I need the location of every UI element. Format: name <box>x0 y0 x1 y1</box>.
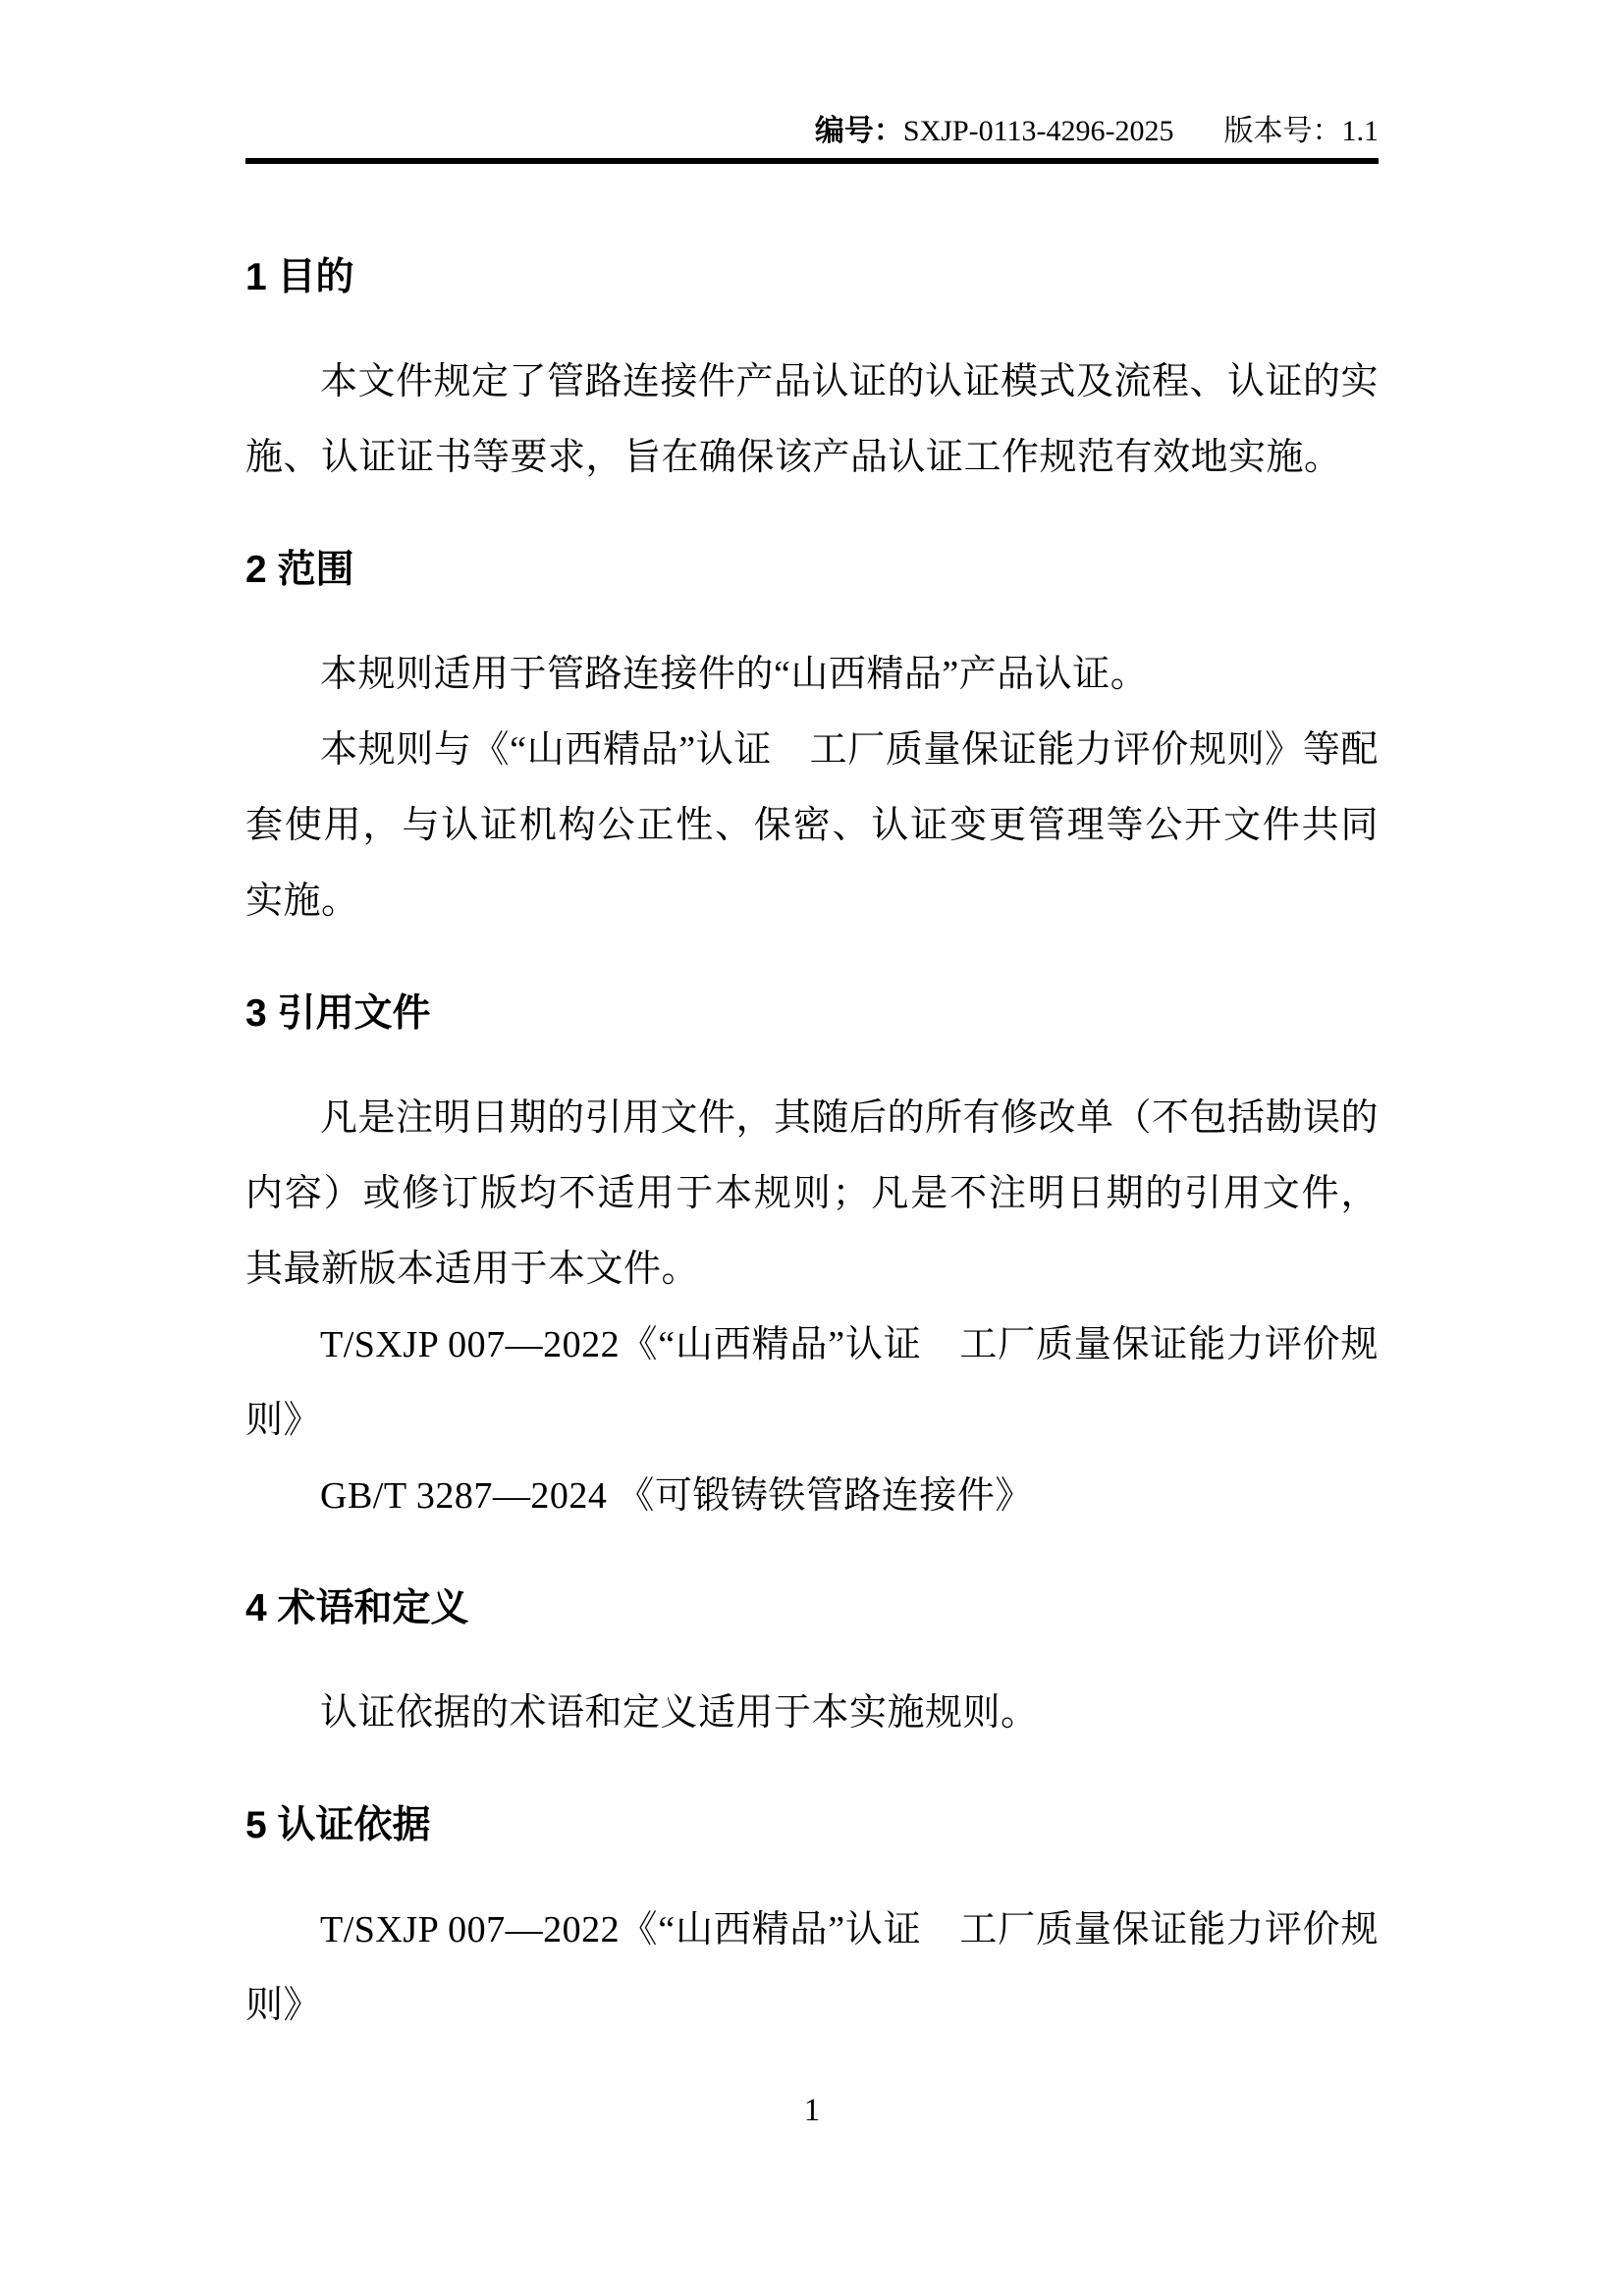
section-2-paragraph: 本规则适用于管路连接件的“山西精品”产品认证。 <box>245 637 1379 713</box>
section-1-paragraph: 本文件规定了管路连接件产品认证的认证模式及流程、认证的实施、认证证书等要求，旨在… <box>245 345 1379 496</box>
section-3-heading: 3 引用文件 <box>245 987 1379 1041</box>
section-purpose: 1 目的 本文件规定了管路连接件产品认证的认证模式及流程、认证的实施、认证证书等… <box>245 250 1379 496</box>
section-2-paragraph: 本规则与《“山西精品”认证 工厂质量保证能力评价规则》等配套使用，与认证机构公正… <box>245 713 1379 939</box>
page-footer: 1 <box>0 2089 1624 2132</box>
document-page: 编号：SXJP-0113-4296-2025版本号：1.1 1 目的 本文件规定… <box>0 0 1624 2296</box>
section-5-heading: 5 认证依据 <box>245 1798 1379 1853</box>
document-body: 1 目的 本文件规定了管路连接件产品认证的认证模式及流程、认证的实施、认证证书等… <box>245 250 1379 2044</box>
section-3-paragraph: 凡是注明日期的引用文件，其随后的所有修改单（不包括勘误的内容）或修订版均不适用于… <box>245 1081 1379 1308</box>
page-content: 编号：SXJP-0113-4296-2025版本号：1.1 1 目的 本文件规定… <box>245 0 1379 2044</box>
document-header: 编号：SXJP-0113-4296-2025版本号：1.1 <box>245 0 1379 164</box>
section-referenced-documents: 3 引用文件 凡是注明日期的引用文件，其随后的所有修改单（不包括勘误的内容）或修… <box>245 987 1379 1534</box>
section-4-paragraph: 认证依据的术语和定义适用于本实施规则。 <box>245 1676 1379 1751</box>
header-meta-line: 编号：SXJP-0113-4296-2025版本号：1.1 <box>245 0 1379 151</box>
section-1-heading: 1 目的 <box>245 250 1379 305</box>
header-rule <box>245 158 1379 164</box>
section-terms-definitions: 4 术语和定义 认证依据的术语和定义适用于本实施规则。 <box>245 1581 1379 1751</box>
version-label: 版本号： <box>1224 115 1342 147</box>
section-certification-basis: 5 认证依据 T/SXJP 007—2022《“山西精品”认证 工厂质量保证能力… <box>245 1798 1379 2044</box>
section-2-heading: 2 范围 <box>245 543 1379 598</box>
version-value: 1.1 <box>1342 115 1380 147</box>
section-4-heading: 4 术语和定义 <box>245 1581 1379 1636</box>
section-3-paragraph: T/SXJP 007—2022《“山西精品”认证 工厂质量保证能力评价规则》 <box>245 1308 1379 1459</box>
doc-number-label: 编号： <box>815 115 903 147</box>
page-number: 1 <box>804 2093 821 2128</box>
section-3-paragraph: GB/T 3287—2024 《可锻铸铁管路连接件》 <box>245 1459 1379 1534</box>
section-5-paragraph: T/SXJP 007—2022《“山西精品”认证 工厂质量保证能力评价规则》 <box>245 1893 1379 2044</box>
doc-number-value: SXJP-0113-4296-2025 <box>903 115 1174 147</box>
section-scope: 2 范围 本规则适用于管路连接件的“山西精品”产品认证。 本规则与《“山西精品”… <box>245 543 1379 939</box>
